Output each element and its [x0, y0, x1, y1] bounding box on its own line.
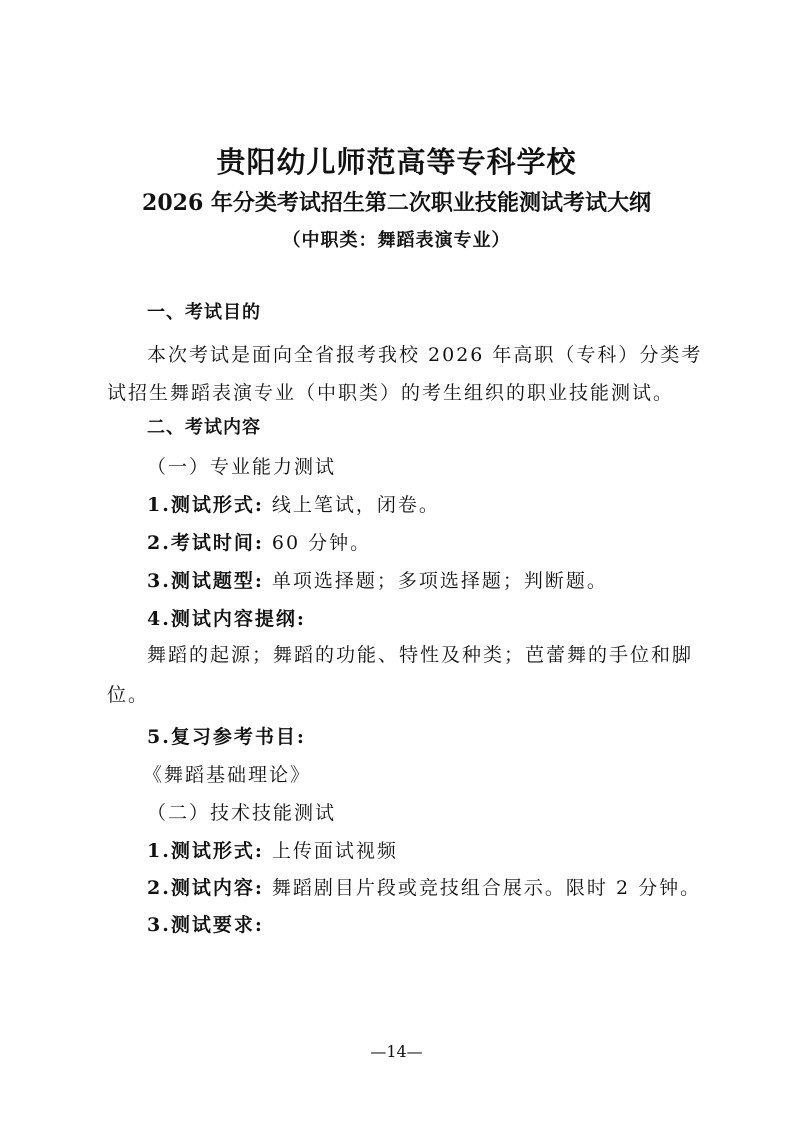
- item-label: 3.测试要求:: [147, 914, 264, 936]
- school-name: 贵阳幼儿师范高等专科学校: [0, 140, 793, 181]
- item-value: 线上笔试，闭卷。: [272, 494, 440, 516]
- section-1-heading: 一、考试目的: [147, 298, 261, 324]
- item-label: 1.测试形式:: [147, 494, 264, 516]
- page-number: —14—: [0, 1042, 793, 1061]
- part-1-item-4: 4.测试内容提纲:: [147, 604, 306, 631]
- section-1-paragraph-line-1: 本次考试是面向全省报考我校 2026 年高职（专科）分类考: [147, 340, 702, 367]
- section-2-heading: 二、考试内容: [147, 413, 261, 439]
- part-2-item-3: 3.测试要求:: [147, 910, 264, 937]
- part-2-heading: （二）技术技能测试: [147, 798, 336, 825]
- part-1-heading: （一）专业能力测试: [147, 452, 336, 479]
- item-value: 单项选择题；多项选择题；判断题。: [272, 570, 608, 592]
- part-1-item-2: 2.考试时间: 60 分钟。: [147, 528, 371, 555]
- part-2-item-2: 2.测试内容: 舞蹈剧目片段或竞技组合展示。限时 2 分钟。: [147, 873, 701, 900]
- part-1-item-3: 3.测试题型: 单项选择题；多项选择题；判断题。: [147, 566, 608, 593]
- outline-line-2: 位。: [107, 680, 149, 707]
- part-1-item-1: 1.测试形式: 线上笔试，闭卷。: [147, 490, 440, 517]
- item-label: 3.测试题型:: [147, 570, 264, 592]
- item-label: 2.测试内容:: [147, 877, 264, 899]
- item-value: 60 分钟。: [272, 532, 371, 554]
- item-value: 上传面试视频: [272, 840, 398, 862]
- item-label: 5.复习参考书目:: [147, 726, 306, 748]
- document-subtitle: （中职类：舞蹈表演专业）: [0, 226, 793, 252]
- item-value: 舞蹈剧目片段或竞技组合展示。限时 2 分钟。: [272, 877, 701, 899]
- part-2-item-1: 1.测试形式: 上传面试视频: [147, 836, 398, 863]
- part-1-item-5: 5.复习参考书目:: [147, 722, 306, 749]
- outline-line-1: 舞蹈的起源；舞蹈的功能、特性及种类；芭蕾舞的手位和脚: [147, 640, 693, 667]
- reference-book: 《舞蹈基础理论》: [143, 760, 311, 787]
- section-1-paragraph-line-2: 试招生舞蹈表演专业（中职类）的考生组织的职业技能测试。: [107, 378, 674, 405]
- item-label: 2.考试时间:: [147, 532, 264, 554]
- item-label: 4.测试内容提纲:: [147, 608, 306, 630]
- document-title: 2026 年分类考试招生第二次职业技能测试考试大纲: [0, 186, 793, 217]
- item-label: 1.测试形式:: [147, 840, 264, 862]
